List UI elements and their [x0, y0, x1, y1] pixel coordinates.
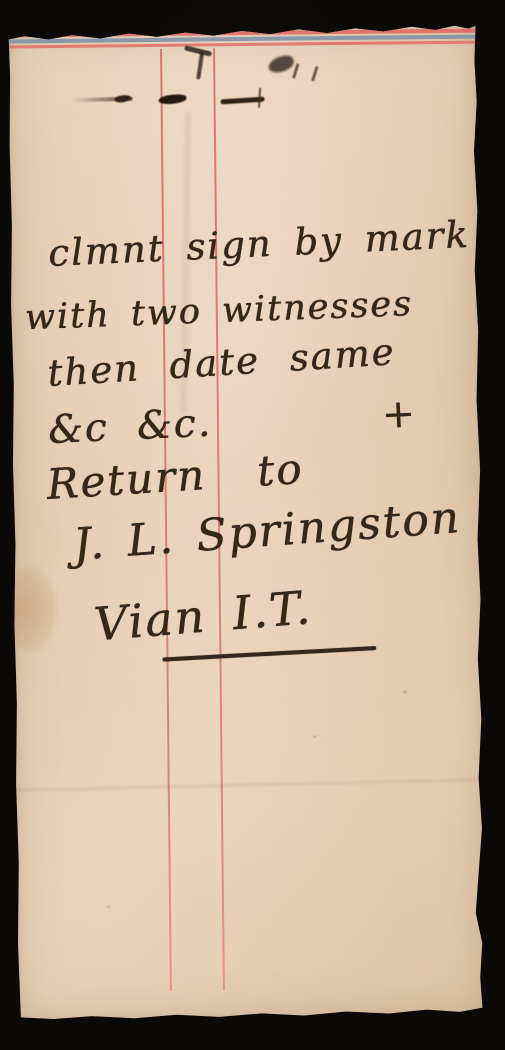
ruled-header-band [6, 29, 478, 49]
handwriting-line: with two witnesses [24, 284, 413, 338]
ink-smudge [184, 45, 212, 56]
handwriting-line: clmnt sign by mark [47, 213, 470, 275]
handwriting-line-place: Vian I.T. [92, 580, 314, 651]
handwriting-line: &c &c. + [47, 391, 418, 453]
pin-rust-mark [258, 88, 261, 108]
handwriting-line: then date same [46, 330, 396, 395]
foxing-speck [313, 735, 316, 738]
ink-smudge [196, 51, 204, 79]
ink-blot [267, 54, 296, 75]
pin-rust-streak [71, 97, 133, 103]
foxing-speck [403, 690, 407, 693]
photo-background: clmnt sign by mark with two witnesses th… [0, 0, 505, 1050]
paper: clmnt sign by mark with two witnesses th… [6, 22, 488, 1023]
ink-tick-mark [292, 63, 299, 78]
foxing-speck [107, 905, 110, 908]
handwriting-line: Return to [45, 444, 305, 509]
ink-tick-mark [311, 66, 318, 81]
pin-rust-mark [114, 94, 131, 103]
signature-underline [162, 646, 376, 662]
handwriting-line-name: J. L. Springston [71, 492, 462, 571]
paper-fold-crease [18, 779, 478, 791]
edge-stain [3, 566, 56, 653]
pin-rust-streak [220, 97, 264, 105]
